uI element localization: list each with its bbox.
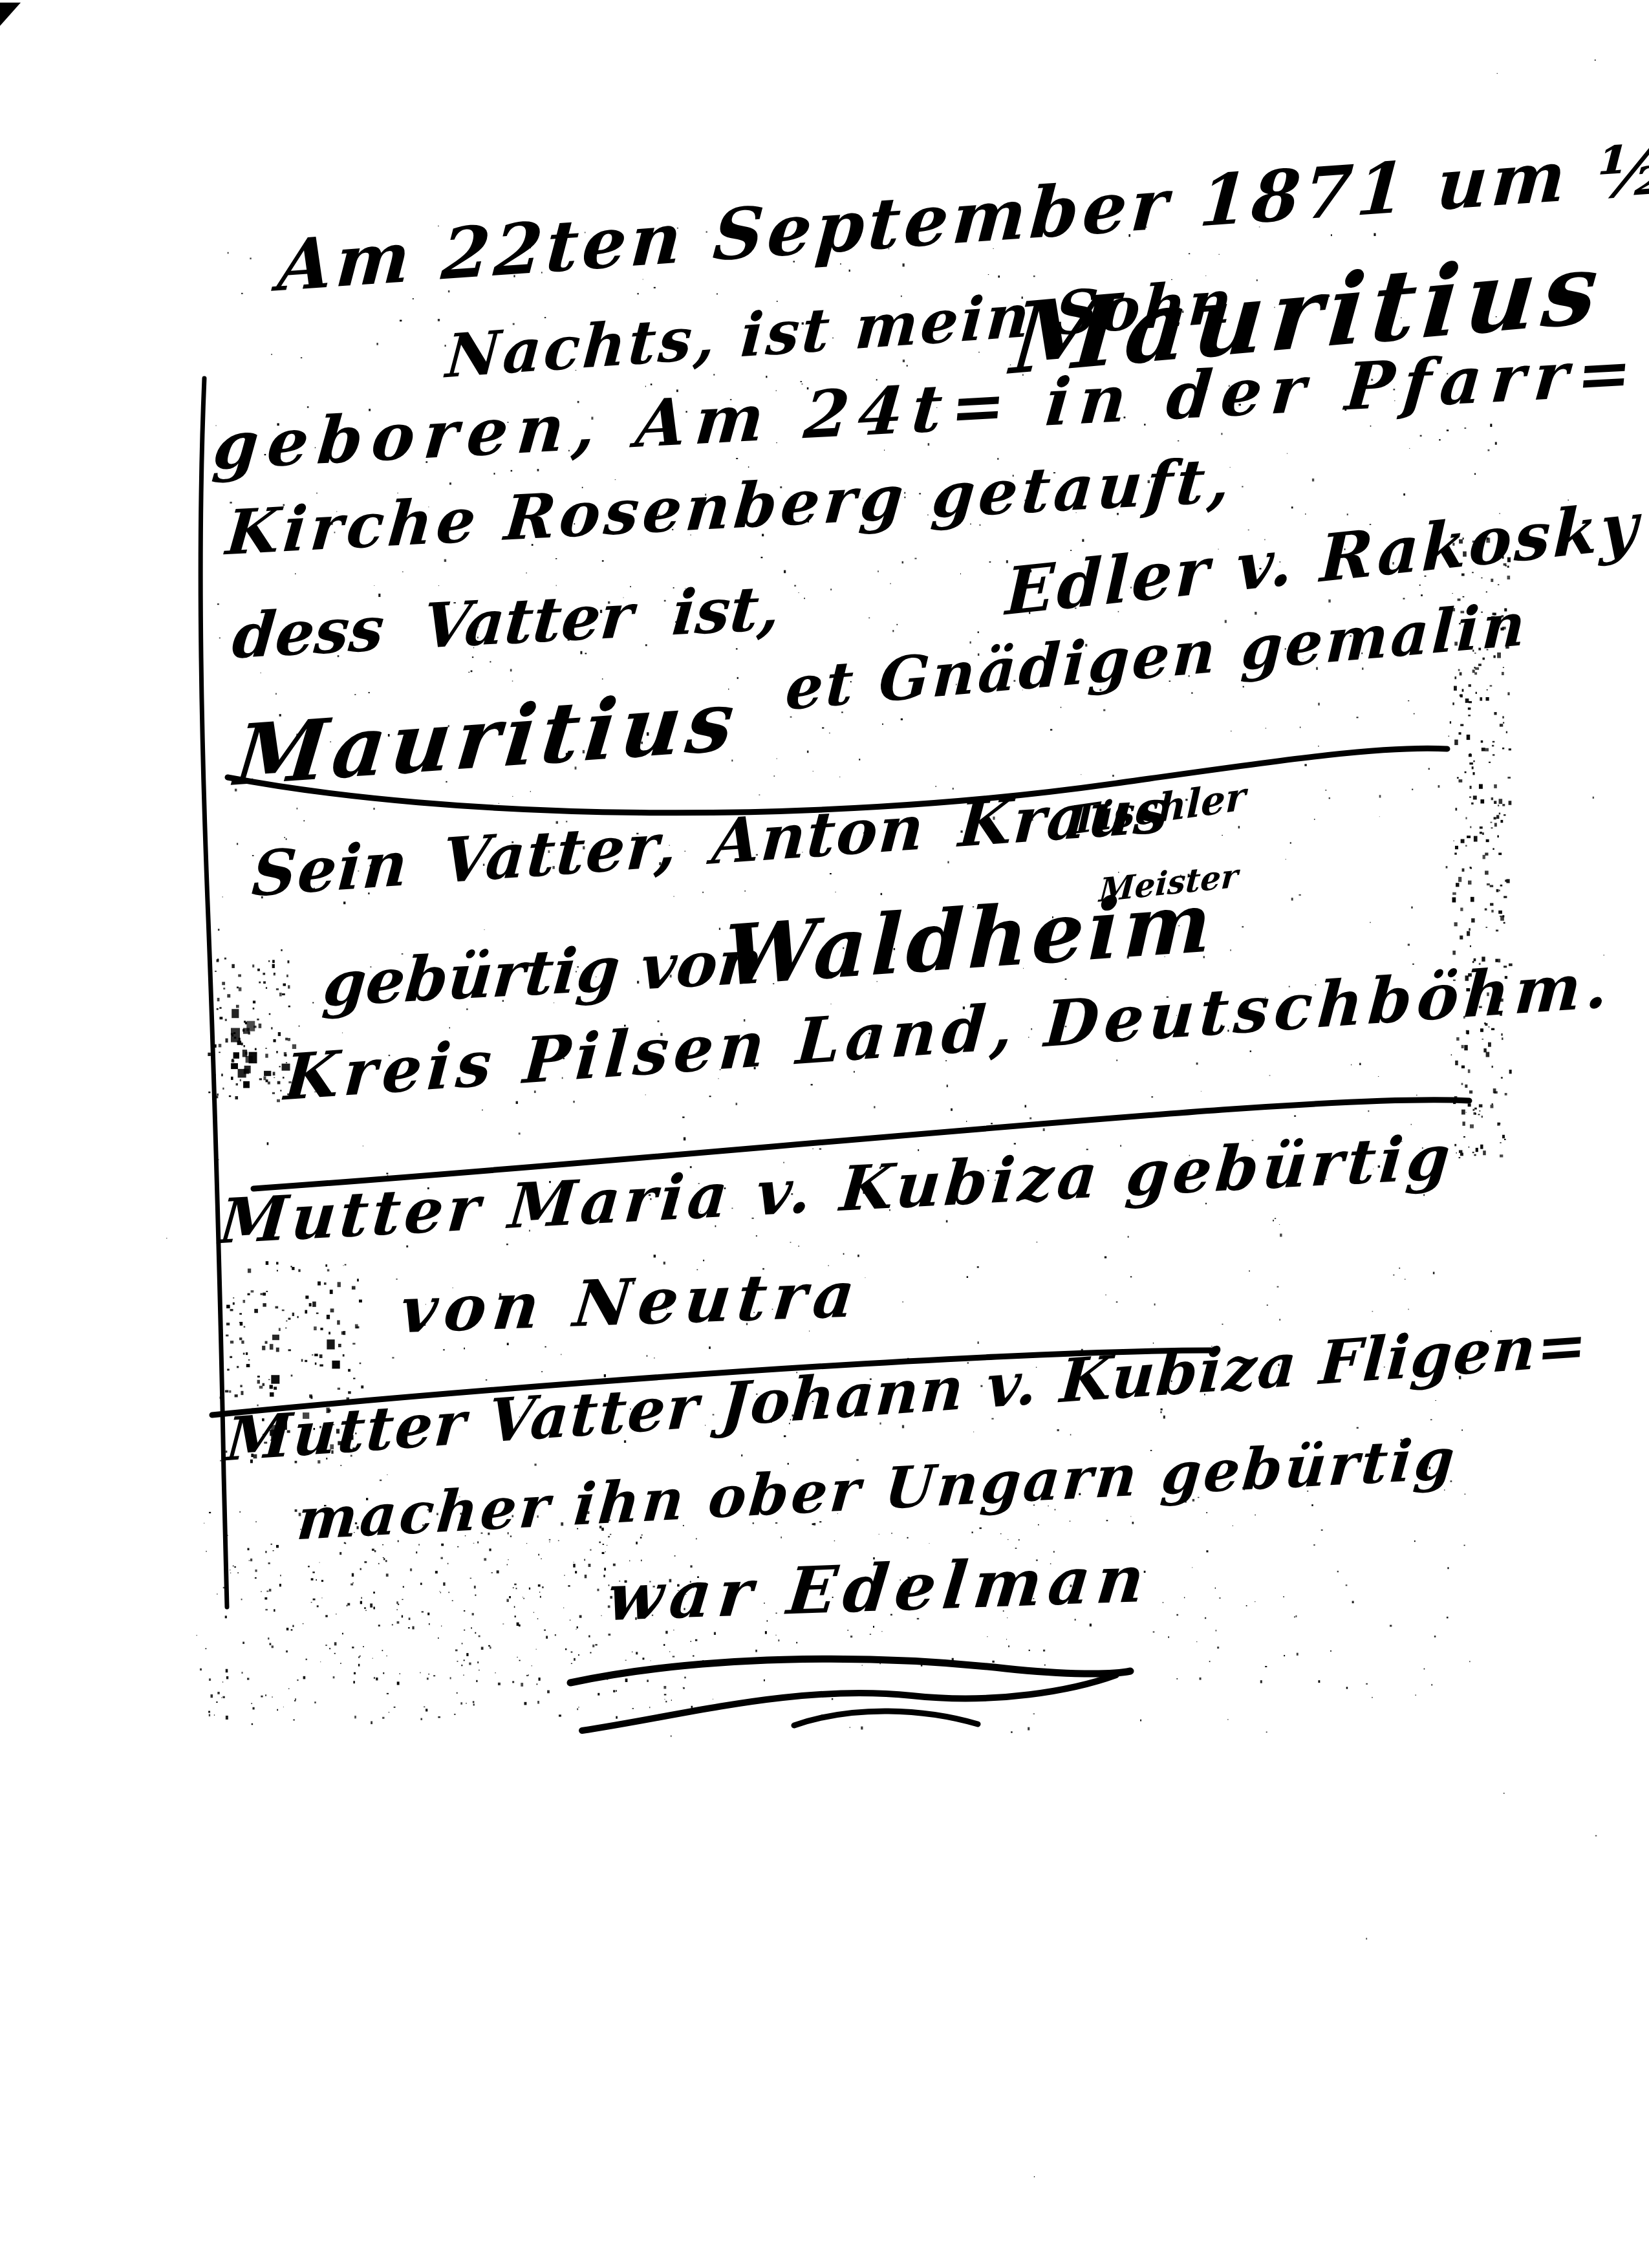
scan-corner-artifact bbox=[0, 3, 21, 26]
paper-left-edge bbox=[200, 378, 227, 1607]
flourish-stroke-3 bbox=[794, 1711, 978, 1725]
line-mother-origin: von Neutra bbox=[398, 1263, 864, 1343]
flourish-stroke-2 bbox=[582, 1675, 1116, 1731]
scanned-manuscript-page: Am 22ten September 1871 um ½ 2 h Nachts,… bbox=[0, 0, 1649, 2268]
flourish-stroke-1 bbox=[570, 1659, 1130, 1683]
line-nobleman-status: war Edelman bbox=[605, 1546, 1154, 1630]
